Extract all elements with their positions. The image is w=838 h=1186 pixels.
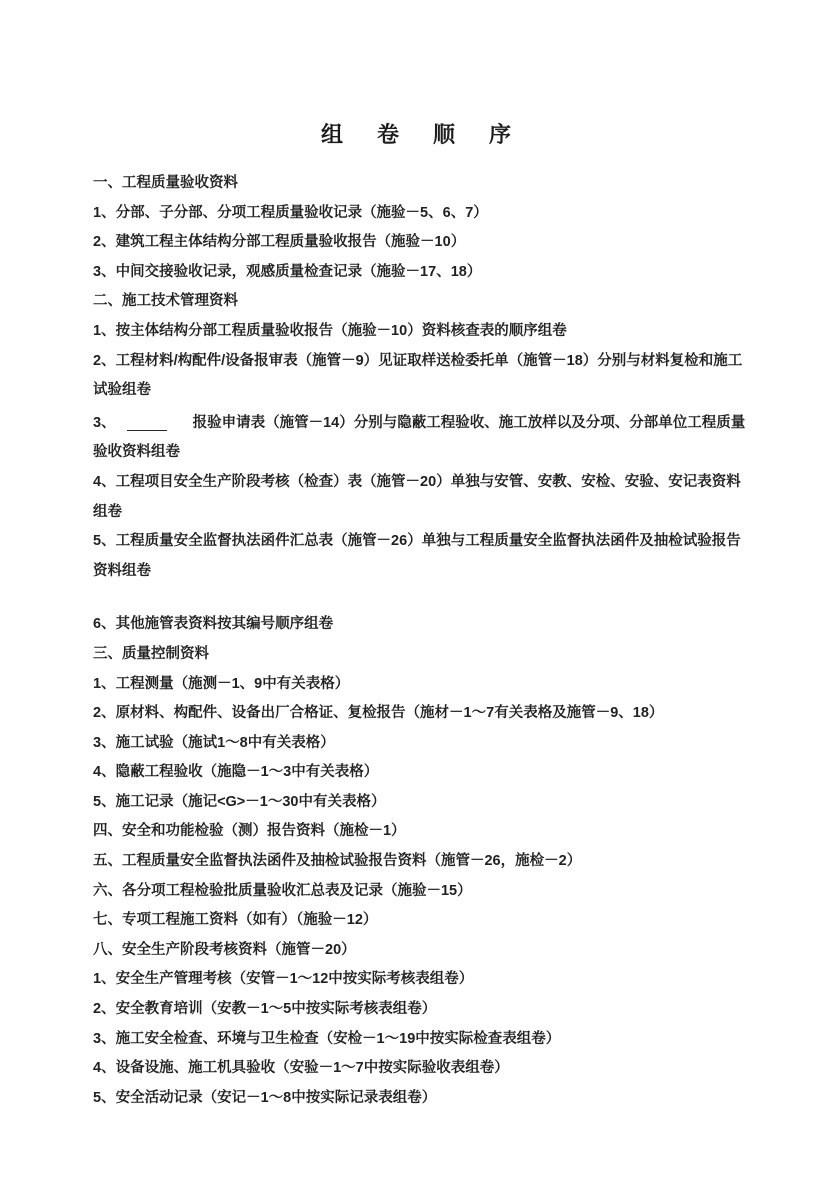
blank-underline [127, 416, 167, 431]
section-heading: 四、安全和功能检验（测）报告资料（施检－1） [93, 817, 747, 847]
list-item: 3、中间交接验收记录，观感质量检查记录（施验－17、18） [93, 258, 747, 288]
list-item: 1、分部、子分部、分项工程质量验收记录（施验－5、6、7） [93, 199, 747, 229]
list-item: 2、原材料、构配件、设备出厂合格证、复检报告（施材－1～7有关表格及施管－9、1… [93, 699, 747, 729]
list-item: 4、工程项目安全生产阶段考核（检查）表（施管－20）单独与安管、安教、安检、安验… [93, 468, 747, 527]
document-page: 组 卷 顺 序 一、工程质量验收资料 1、分部、子分部、分项工程质量验收记录（施… [0, 0, 838, 1186]
document-title: 组 卷 顺 序 [0, 118, 838, 149]
list-item: 4、隐蔽工程验收（施隐－1～3中有关表格） [93, 758, 747, 788]
list-item: 1、工程测量（施测－1、9中有关表格） [93, 670, 747, 700]
section-heading: 二、施工技术管理资料 [93, 287, 747, 317]
section-heading: 五、工程质量安全监督执法函件及抽检试验报告资料（施管－26，施检－2） [93, 847, 747, 877]
section-heading: 七、专项工程施工资料（如有）（施验－12） [93, 906, 747, 936]
list-item: 1、安全生产管理考核（安管－1～12中按实际考核表组卷） [93, 965, 747, 995]
section-heading: 一、工程质量验收资料 [93, 169, 747, 199]
section-heading: 六、各分项工程检验批质量验收汇总表及记录（施验－15） [93, 877, 747, 907]
list-item: 6、其他施管表资料按其编号顺序组卷 [93, 610, 747, 640]
section-heading: 八、安全生产阶段考核资料（施管－20） [93, 936, 747, 966]
list-item: 5、安全活动记录（安记－1～8中按实际记录表组卷） [93, 1084, 747, 1114]
list-item: 2、工程材料/构配件/设备报审表（施管－9）见证取样送检委托单（施管－18）分别… [93, 347, 747, 406]
list-item: 1、按主体结构分部工程质量验收报告（施验－10）资料核查表的顺序组卷 [93, 317, 747, 347]
list-item: 2、安全教育培训（安教－1～5中按实际考核表组卷） [93, 995, 747, 1025]
list-item: 4、设备设施、施工机具验收（安验－1～7中按实际验收表组卷） [93, 1054, 747, 1084]
list-item: 3、施工安全检查、环境与卫生检查（安检－1～19中按实际检查表组卷） [93, 1025, 747, 1055]
document-body: 一、工程质量验收资料 1、分部、子分部、分项工程质量验收记录（施验－5、6、7）… [93, 169, 747, 1113]
list-item: 2、建筑工程主体结构分部工程质量验收报告（施验－10） [93, 228, 747, 258]
list-item-text: 报验申请表（施管－14）分别与隐蔽工程验收、施工放样以及分项、分部单位工程质量验… [93, 415, 745, 461]
list-item-prefix: 3、 [93, 415, 116, 431]
list-item: 5、工程质量安全监督执法函件汇总表（施管－26）单独与工程质量安全监督执法函件及… [93, 527, 747, 586]
list-item-with-blank: 3、报验申请表（施管－14）分别与隐蔽工程验收、施工放样以及分项、分部单位工程质… [93, 409, 747, 468]
list-item: 3、施工试验（施试1～8中有关表格） [93, 729, 747, 759]
list-item: 5、施工记录（施记<G>－1～30中有关表格） [93, 788, 747, 818]
section-heading: 三、质量控制资料 [93, 640, 747, 670]
